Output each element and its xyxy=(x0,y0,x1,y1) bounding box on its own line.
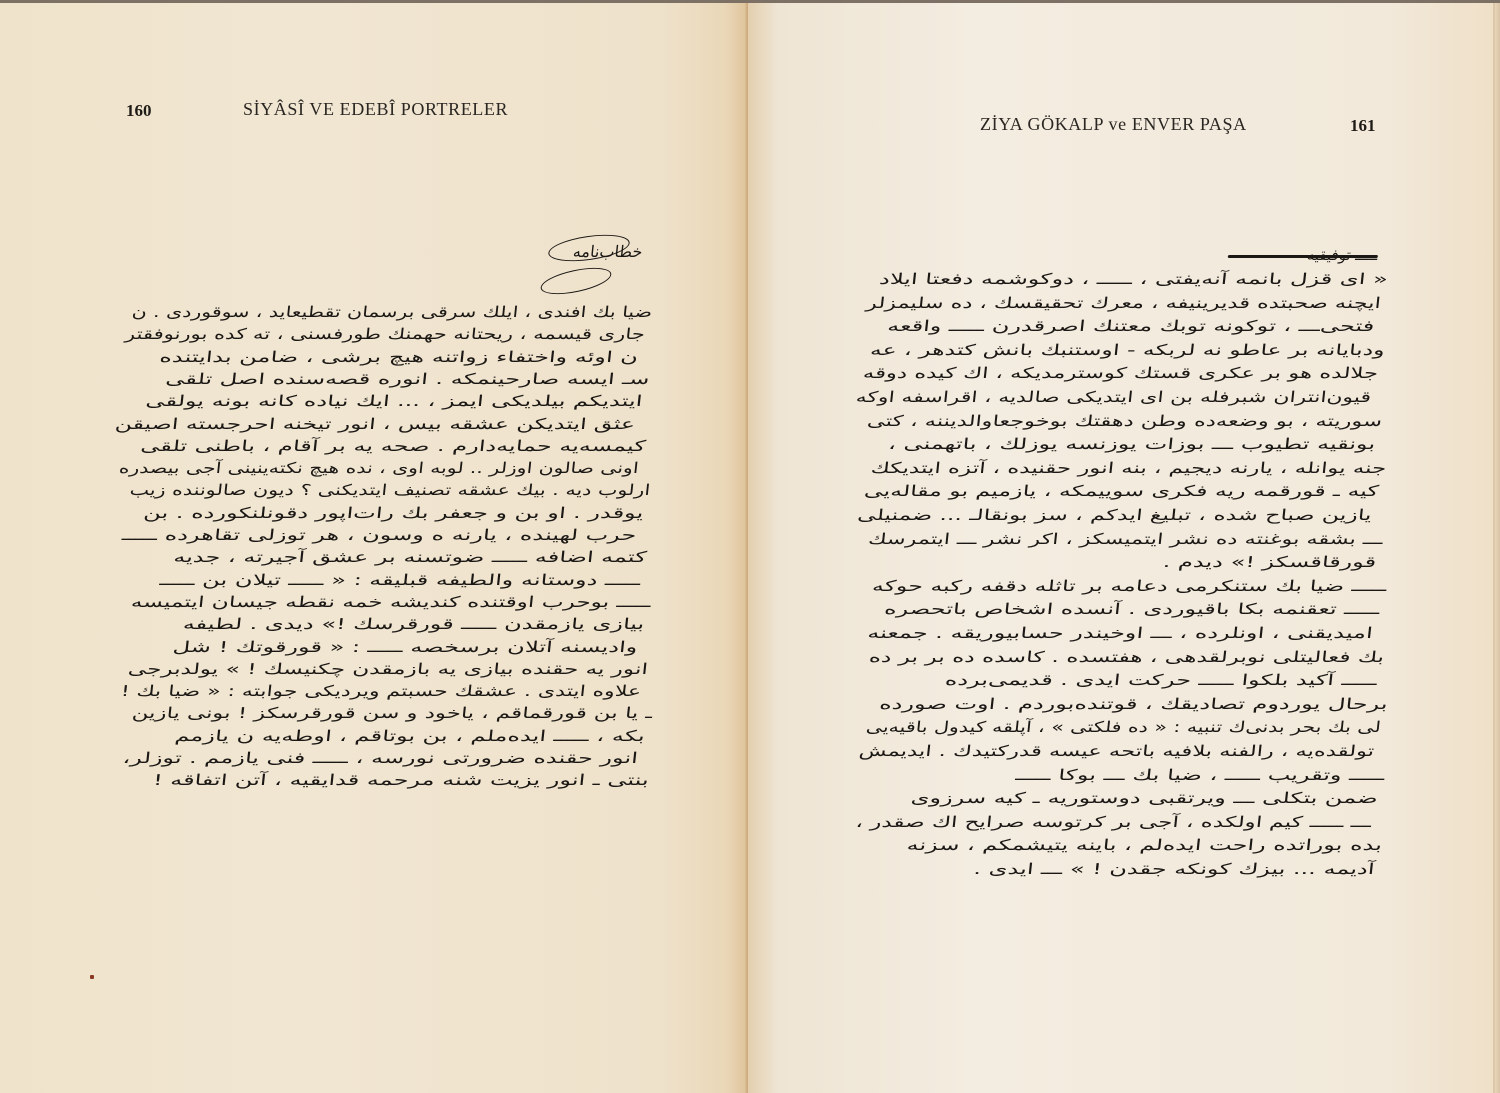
manuscript-line: علاوه ایتدی . عشقك حسبتم ویردیكی جوابته … xyxy=(120,682,642,700)
manuscript-line: لی بك بحر بدنی‌ك تنبیه : « ده فلكتی » ، … xyxy=(865,718,1382,736)
manuscript-line: ودبایانه بر عاطو نه لربكه - اوستنبك بانش… xyxy=(869,341,1385,359)
manuscript-line: ایتدیكم بیلدیكی ایمز ، ... ایك نیاده كان… xyxy=(144,392,643,410)
manuscript-line: كیه ـ قورقمه ریه فكری سوییمكه ، یازمیم ب… xyxy=(863,482,1380,500)
manuscript-line: ضمن بتكلی ـــ ویرتقبی دوستوریه ـ كیه سرز… xyxy=(910,789,1379,807)
manuscript-line: بده بوراتده راحت ایده‌لم ، باینه یتیشمكم… xyxy=(906,836,1383,854)
manuscript-line: قیون‌انتران شبرفله بن ای ایتدیكی صالدیه … xyxy=(855,388,1372,406)
manuscript-line: بیازی یازمقدن ـــــ قورقرسك !» دیدی . لط… xyxy=(182,615,645,633)
manuscript-line: بنتی ـ انور یزیت شنه مرحمه قدایقیه ، آتن… xyxy=(152,771,650,789)
manuscript-line: سوریته ، بو وضعه‌ده وطن دهقتك بوخوجعاوال… xyxy=(866,412,1383,430)
manuscript-line: « ای قزل بانمه آنه‌یفتی ، ـــــ ، دوكوشم… xyxy=(879,270,1389,288)
manuscript-line: آدیمه ... بیزك كونكه جقدن ! » ـــ ایدی . xyxy=(973,860,1376,878)
manuscript-heading: ـــــ توفیقیه xyxy=(1307,246,1379,264)
manuscript-line: انور حقنده ضرورتی نورسه ، ـــــ فنی یازم… xyxy=(122,749,639,767)
right-page: ZİYA GÖKALP ve ENVER PAŞA 161 ـــــ توفی… xyxy=(748,3,1500,1093)
manuscript-line: ـــــ آكید بلكوا ـــــ حركت ایدی . قدیمی… xyxy=(944,671,1378,689)
manuscript-line: ـــــ بوحرب اوقتنده كندیشه خمه نقطه جیسا… xyxy=(130,593,652,611)
manuscript-line: كتمه اضافه ـــــ ضوتسنه بر عشق آجیرته ، … xyxy=(173,548,648,566)
manuscript-facsimile: ـــــ توفیقیه « ای قزل بانمه آنه‌یفتی ، … xyxy=(853,238,1388,878)
manuscript-line: ـــــ وتقریب ـــــ ، ضیا بك ـــ بوكا ـــ… xyxy=(1015,766,1386,784)
manuscript-line: بك فعالیتلی نوبرلقدهی ، هفتسده . كاسده د… xyxy=(868,648,1385,666)
manuscript-line: امیدیقنی ، اونلرده ، ـــ اوخیندر حسابیور… xyxy=(867,624,1374,642)
manuscript-line: فتحی‌ـــ ، توكونه توبك معتنك اصرقدرن ـــ… xyxy=(886,317,1375,335)
manuscript-line: جنه یوانله ، یارنه دیجیم ، بنه انور حقنی… xyxy=(870,459,1387,477)
manuscript-line: قورقاقسكز !» دیدم . xyxy=(1162,553,1377,571)
manuscript-line: بونقیه تطیوب ـــ بوزات یوزنسه یوزلك ، با… xyxy=(887,435,1376,453)
manuscript-line: ـــ بشقه بوغنته ده نشر ایتمیسكز ، اكر نش… xyxy=(868,530,1384,548)
manuscript-line: كیمسه‌یه حمایه‌دارم . صحه یه بر آقام ، ب… xyxy=(140,437,647,455)
manuscript-line: یوقدر . او بن و جعفر بك رات‌اپور دقونلنك… xyxy=(142,504,644,522)
manuscript-line: ارلوب دیه . بیك عشقه تصنیف ایتدیكنی ؟ دی… xyxy=(129,481,651,499)
manuscript-line: جلالده هو بر عكری قستك كوسترمدیكه ، اك ك… xyxy=(862,364,1379,382)
manuscript-line: سـ ایسه صارحینمكه . انوره قصه‌سنده اصل ت… xyxy=(164,370,650,388)
manuscript-line: برحال یوردوم تصادیقك ، قوتنده‌بوردم . او… xyxy=(879,695,1389,713)
manuscript-line: جاری قیسمه ، ریحتانه حهمنك طورفسنی ، ته … xyxy=(124,325,646,343)
manuscript-line: اونی صالون اوزلر .. لوبه اوی ، نده هیچ ن… xyxy=(118,459,640,477)
running-head: ZİYA GÖKALP ve ENVER PAŞA xyxy=(980,114,1247,135)
page-edge xyxy=(1493,3,1495,1093)
stray-mark xyxy=(90,975,94,979)
left-page: 160 SİYÂSÎ VE EDEBÎ PORTRELER خطاب‌نامه … xyxy=(0,3,748,1093)
signature-flourish xyxy=(538,263,613,299)
manuscript-line: بكه ، ـــــ ایده‌ملم ، بن بوتاقم ، اوطه‌… xyxy=(174,727,646,745)
manuscript-line: ـــــ تعقنمه بكا باقیوردی . آنسده اشخاص … xyxy=(884,600,1381,618)
manuscript-line: ـــــ ضیا بك ستنكرمی دعامه بر تاثله دقفه… xyxy=(872,577,1388,595)
manuscript-line: ـــ ـــــ كیم اولكده ، آجی بر كرتوسه صرا… xyxy=(855,813,1372,831)
page-number: 161 xyxy=(1350,116,1376,136)
manuscript-line: ـــــ دوستانه والطیفه قبلیقه : « ـــــ ت… xyxy=(158,571,641,589)
manuscript-line: عثق ایتدیكن عشقه بیس ، انور تیخنه احرجست… xyxy=(114,415,636,433)
manuscript-line: ـ یا بن قورقماقم ، یاخود و سن قورقرسكز !… xyxy=(131,704,653,722)
manuscript-line: ضیا بك افندی ، ایلك سرقی برسمان تقطیعاید… xyxy=(131,303,653,321)
manuscript-line: یازین صباح شده ، تبلیغ ایدكم ، سز بونقال… xyxy=(857,506,1373,524)
running-head: SİYÂSÎ VE EDEBÎ PORTRELER xyxy=(243,99,508,120)
page-number: 160 xyxy=(126,101,152,121)
manuscript-line: ایچنه صحبتده قدیرینیفه ، معرك تحقیقسك ، … xyxy=(865,294,1382,312)
manuscript-line: انور یه حقنده بیازی یه بازمقدن چكنیسك ! … xyxy=(127,660,649,678)
manuscript-line: ن اوئه واختفاء زواتنه هیچ برشی ، ضامن بد… xyxy=(159,348,639,366)
manuscript-line: حرب لهینده ، یارنه ه وسون ، هر توزلی تقا… xyxy=(121,526,637,544)
manuscript-line: تولقده‌یه ، رالفنه بلافیه باتحه عیسه قدر… xyxy=(858,742,1375,760)
manuscript-line: وادیسنه آتلان برسخصه ـــــ : « قورقوتك !… xyxy=(171,638,638,656)
manuscript-facsimile: خطاب‌نامه ضیا بك افندی ، ایلك سرقی برسما… xyxy=(112,228,652,808)
